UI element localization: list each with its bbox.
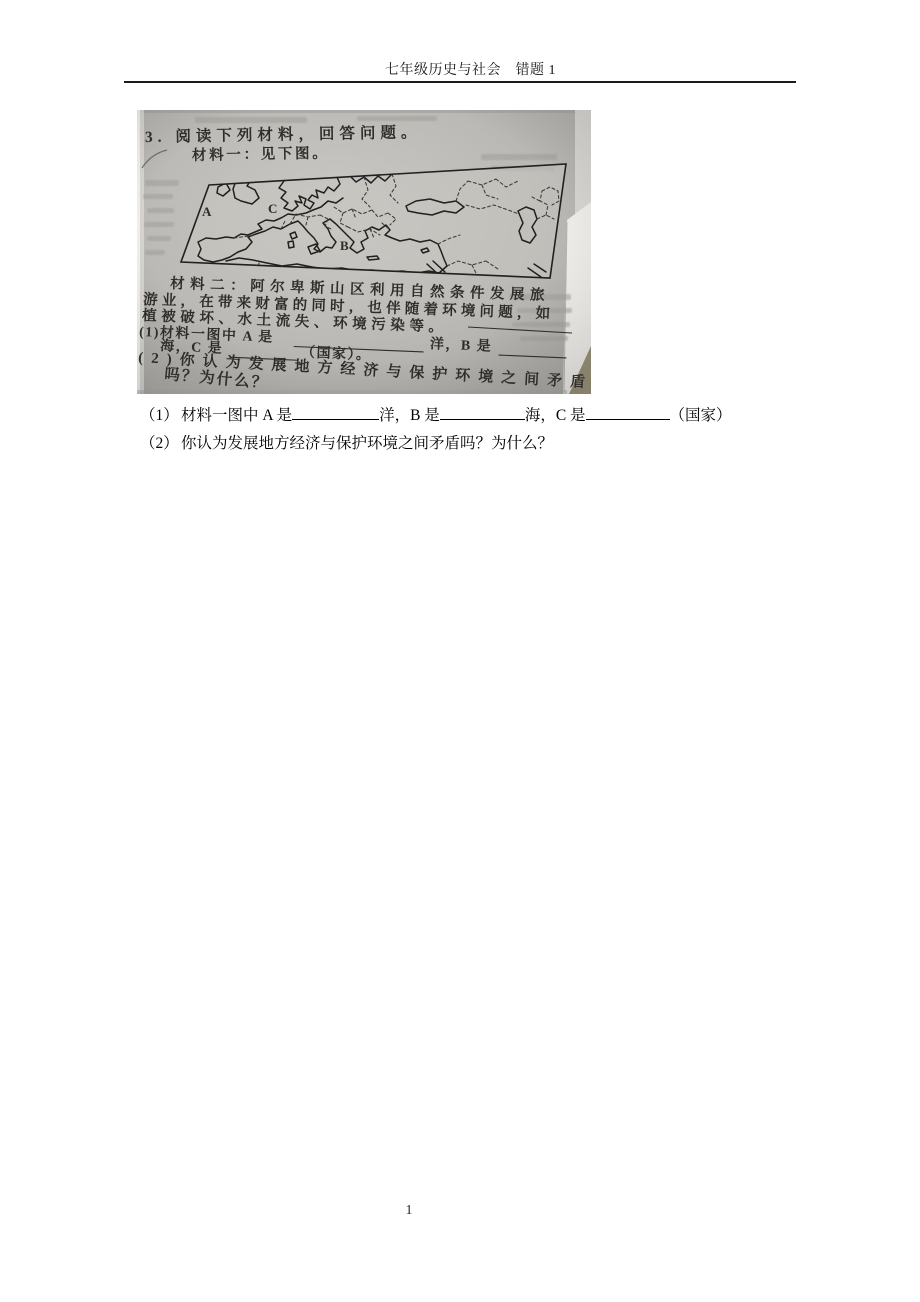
question-list: （1）材料一图中 A 是洋，B 是海，C 是（国家） （2）你认为发展地方经济与… [140, 402, 732, 458]
answer-blank-ocean [292, 404, 379, 420]
question-1-suffix: （国家） [670, 407, 732, 424]
question-2: （2）你认为发展地方经济与保护环境之间矛盾吗？为什么？ [140, 430, 732, 458]
document-page: 七年级历史与社会 错题 1 [0, 0, 920, 1302]
answer-blank-country [586, 404, 670, 420]
header-rule [124, 81, 796, 83]
question-1-prefix: 材料一图中 A 是 [181, 407, 292, 424]
page-title: 七年级历史与社会 错题 1 [385, 63, 556, 78]
question-1: （1）材料一图中 A 是洋，B 是海，C 是（国家） [140, 402, 732, 430]
photo-vignette [137, 110, 591, 394]
question-2-text: 你认为发展地方经济与保护环境之间矛盾吗？为什么？ [181, 435, 553, 452]
question-1-number: （1） [140, 402, 181, 430]
page-number: 1 [399, 1202, 419, 1218]
question-2-number: （2） [140, 430, 181, 458]
question-1-mid2: 海，C 是 [525, 407, 586, 424]
textbook-photo: A C B 3. 阅读下列材料，回答问题。 材料一：见下图。 材料二：阿尔卑斯山… [137, 110, 591, 394]
question-1-mid1: 洋，B 是 [379, 407, 440, 424]
answer-blank-sea [440, 404, 525, 420]
